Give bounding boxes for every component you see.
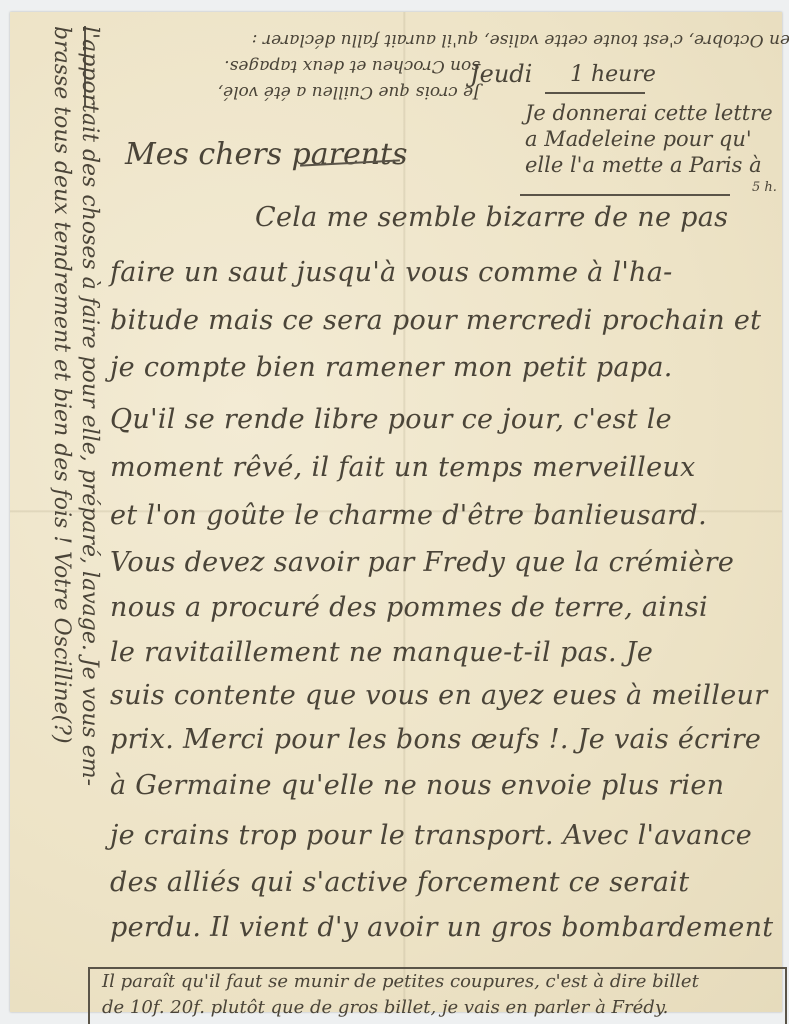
margin-note-line: l'apportait des choses à faire pour elle… (77, 26, 102, 786)
footer-note-line: Il paraît qu'il faut se munir de petites… (102, 971, 699, 992)
body-line: Cela me semble bizarre de ne pas (255, 202, 728, 233)
side-note-line: elle l'a mette a Paris à (525, 152, 773, 178)
body-line: et l'on goûte le charme d'être banlieusa… (110, 500, 707, 531)
body-line: Qu'il se rende libre pour ce jour, c'est… (110, 404, 672, 435)
body-line: bitude mais ce sera pour mercredi procha… (110, 305, 761, 336)
upside-line-3: Je crois que Cuilleu a été volé, (100, 82, 480, 102)
footer-note-box: Il paraît qu'il faut se munir de petites… (88, 967, 787, 1024)
side-note-time: 5 h. (752, 180, 777, 195)
footer-note-line: de 10f. 20f. plutôt que de gros billet, … (102, 997, 668, 1018)
letter-hour: 1 heure (570, 62, 656, 87)
body-line: le ravitaillement ne manque-t-il pas. Je (110, 637, 653, 668)
side-note: Je donnerai cette lettre a Madeleine pou… (525, 100, 773, 178)
upside-line-2: son Crocheu et deux tapages. (100, 56, 480, 76)
body-line: à Germaine qu'elle ne nous envoie plus r… (110, 770, 724, 801)
body-line: je compte bien ramener mon petit papa. (110, 352, 673, 383)
hour-underline (545, 92, 645, 94)
body-line: moment rêvé, il fait un temps merveilleu… (110, 452, 696, 483)
body-line: prix. Merci pour les bons œufs !. Je vai… (110, 724, 761, 755)
side-note-line: Je donnerai cette lettre (525, 100, 773, 126)
body-line: nous a procuré des pommes de terre, ains… (110, 592, 708, 623)
body-line: des alliés qui s'active forcement ce ser… (110, 867, 689, 898)
margin-note-line: brasse tous deux tendrement et bien des … (49, 26, 74, 744)
body-line: perdu. Il vient d'y avoir un gros bombar… (110, 912, 773, 943)
side-note-line: a Madeleine pour qu' (525, 126, 773, 152)
body-line: Vous devez savoir par Fredy que la crémi… (110, 547, 734, 578)
body-line: faire un saut jusqu'à vous comme à l'ha- (110, 257, 673, 288)
upside-down-header: en Octobre, c'est toute cette valise, qu… (80, 26, 789, 104)
letter-date: Jeudi (470, 60, 532, 88)
letter-paper: en Octobre, c'est toute cette valise, qu… (10, 12, 782, 1012)
upside-line-1: en Octobre, c'est toute cette valise, qu… (80, 30, 789, 50)
body-line: je crains trop pour le transport. Avec l… (110, 820, 752, 851)
side-note-underline (520, 194, 730, 196)
body-line: suis contente que vous en ayez eues à me… (110, 680, 767, 711)
salutation: Mes chers parents (125, 137, 408, 172)
